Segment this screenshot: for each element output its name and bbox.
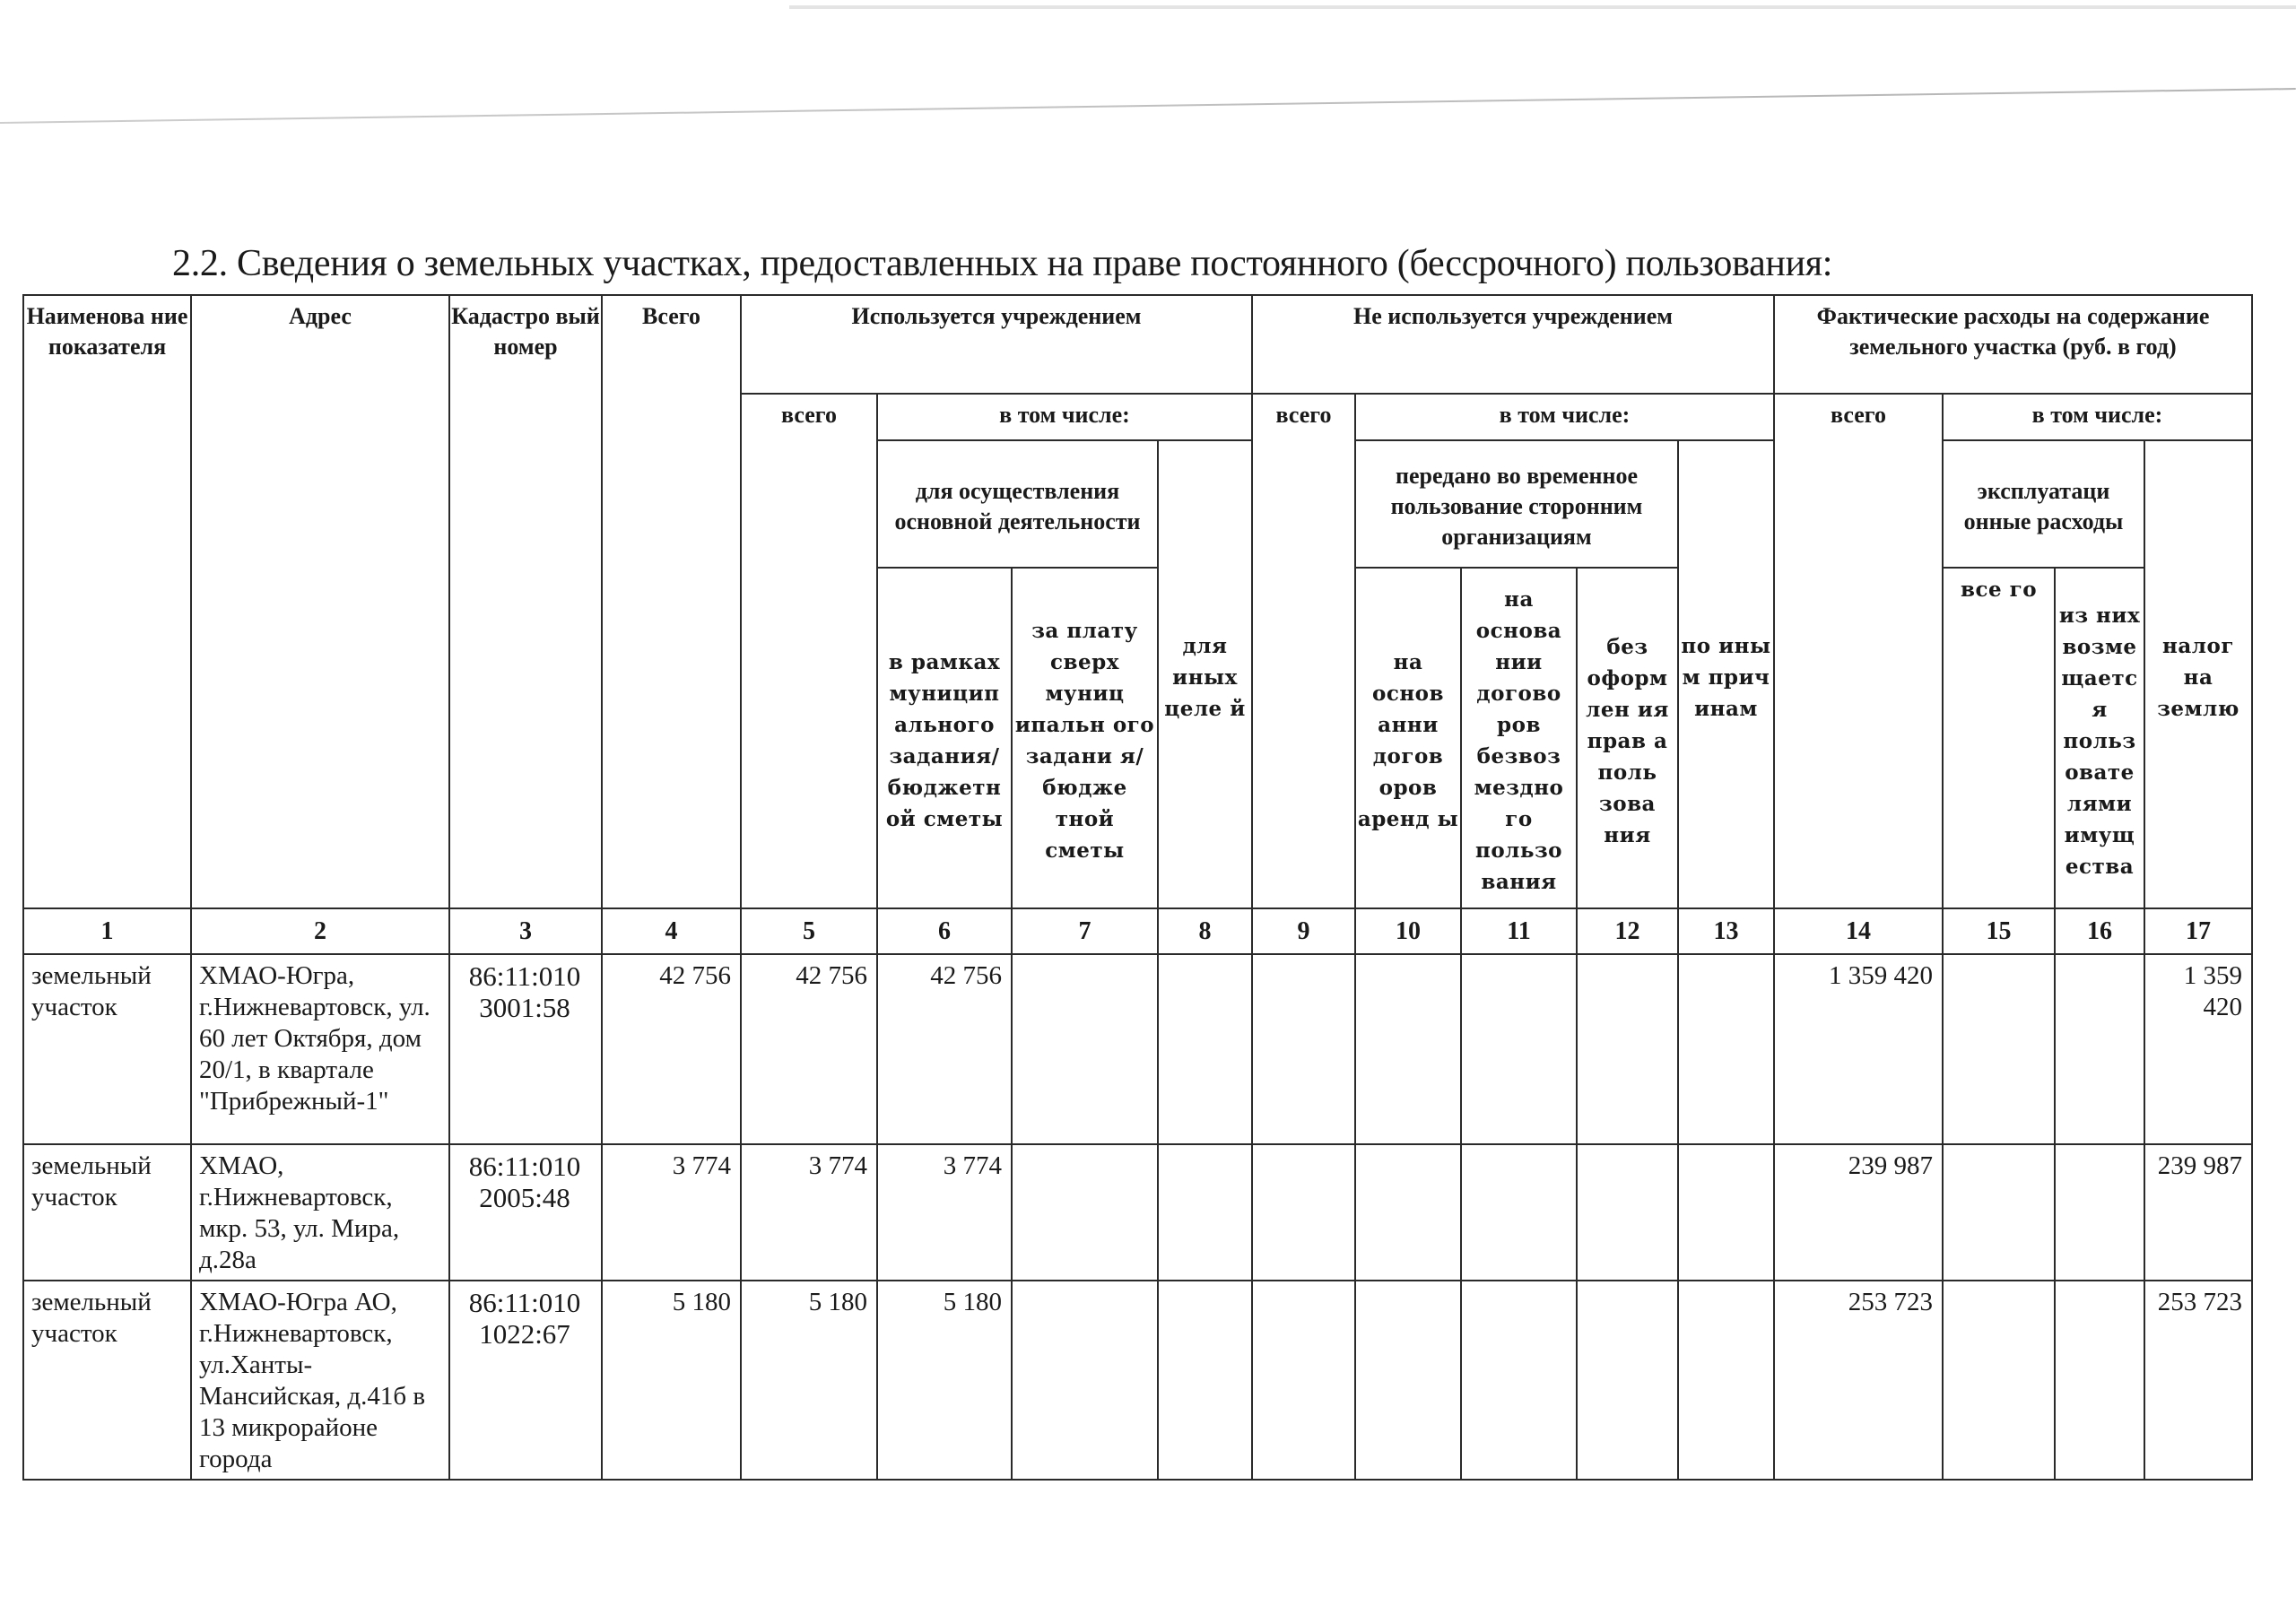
column-number: 6 <box>877 908 1012 954</box>
header-lease: на основ анни догов оров аренд ы <box>1355 568 1461 908</box>
cell-paid-above-task <box>1012 954 1158 1144</box>
cell-cadastral: 86:11:010 3001:58 <box>449 954 602 1144</box>
cell-op-total <box>1943 1144 2055 1281</box>
column-number: 4 <box>602 908 741 954</box>
cell-name: земельный участок <box>23 1144 191 1281</box>
cell-total: 42 756 <box>602 954 741 1144</box>
cell-op-reimbursed <box>2055 1144 2144 1281</box>
header-other-reasons: по ины м прич инам <box>1678 440 1774 908</box>
cell-total: 5 180 <box>602 1281 741 1480</box>
scan-artifact-top <box>789 5 2296 9</box>
scan-artifact-line <box>0 88 2296 124</box>
header-expenses-group: Фактические расходы на содержание земель… <box>1774 295 2252 394</box>
cell-lease <box>1355 1144 1461 1281</box>
land-plots-table: Наименова ние показателя Адрес Кадастро … <box>22 294 2253 1481</box>
header-land-tax: налог на землю <box>2144 440 2252 908</box>
cell-cadastral: 86:11:010 1022:67 <box>449 1281 602 1480</box>
cell-land-tax: 253 723 <box>2144 1281 2252 1480</box>
header-temp-transfer: передано во временное пользование сторон… <box>1355 440 1678 568</box>
header-total: Всего <box>602 295 741 908</box>
cell-lease <box>1355 954 1461 1144</box>
header-exp-incl: в том числе: <box>1943 394 2252 440</box>
column-number: 10 <box>1355 908 1461 954</box>
cell-name: земельный участок <box>23 1281 191 1480</box>
cell-other-reasons <box>1678 1144 1774 1281</box>
cell-used-total: 42 756 <box>741 954 877 1144</box>
cell-other-reasons <box>1678 954 1774 1144</box>
cell-total: 3 774 <box>602 1144 741 1281</box>
cell-exp-total: 253 723 <box>1774 1281 1943 1480</box>
column-number: 16 <box>2055 908 2144 954</box>
header-cadastral: Кадастро вый номер <box>449 295 602 908</box>
header-operational: эксплуатаци онные расходы <box>1943 440 2144 568</box>
cell-cadastral: 86:11:010 2005:48 <box>449 1144 602 1281</box>
header-not-used-group: Не используется учреждением <box>1252 295 1774 394</box>
header-name: Наименова ние показателя <box>23 295 191 908</box>
column-number-row: 1 2 3 4 5 6 7 8 9 10 11 12 13 14 15 16 1… <box>23 908 2252 954</box>
column-number: 5 <box>741 908 877 954</box>
header-op-reimbursed: из них возме щаетс я польз овате лями им… <box>2055 568 2144 908</box>
cell-lease <box>1355 1281 1461 1480</box>
cell-no-rights <box>1577 1281 1678 1480</box>
cell-other-purposes <box>1158 954 1252 1144</box>
header-not-used-total: всего <box>1252 394 1355 908</box>
cell-other-reasons <box>1678 1281 1774 1480</box>
header-exp-total: всего <box>1774 394 1943 908</box>
cell-op-reimbursed <box>2055 1281 2144 1480</box>
cell-used-total: 3 774 <box>741 1144 877 1281</box>
cell-within-task: 3 774 <box>877 1144 1012 1281</box>
cell-name: земельный участок <box>23 954 191 1144</box>
cell-op-total <box>1943 1281 2055 1480</box>
header-within-task: в рамках муницип ального задания/ бюджет… <box>877 568 1012 908</box>
column-number: 13 <box>1678 908 1774 954</box>
column-number: 15 <box>1943 908 2055 954</box>
cell-within-task: 5 180 <box>877 1281 1012 1480</box>
header-not-used-incl: в том числе: <box>1355 394 1774 440</box>
cell-paid-above-task <box>1012 1281 1158 1480</box>
cell-used-total: 5 180 <box>741 1281 877 1480</box>
column-number: 17 <box>2144 908 2252 954</box>
cell-not-used-total <box>1252 1281 1355 1480</box>
cell-free-use <box>1461 954 1577 1144</box>
column-number: 11 <box>1461 908 1577 954</box>
cell-other-purposes <box>1158 1281 1252 1480</box>
header-main-activity: для осуществления основной деятельности <box>877 440 1158 568</box>
header-op-total: все го <box>1943 568 2055 908</box>
table-row: земельный участок ХМАО-Югра АО, г.Нижнев… <box>23 1281 2252 1480</box>
column-number: 3 <box>449 908 602 954</box>
cell-exp-total: 1 359 420 <box>1774 954 1943 1144</box>
header-other-purposes: для иных целе й <box>1158 440 1252 908</box>
column-number: 14 <box>1774 908 1943 954</box>
header-used-total: всего <box>741 394 877 908</box>
table-row: земельный участок ХМАО-Югра, г.Нижневарт… <box>23 954 2252 1144</box>
cell-not-used-total <box>1252 1144 1355 1281</box>
cell-land-tax: 239 987 <box>2144 1144 2252 1281</box>
header-address: Адрес <box>191 295 449 908</box>
header-free-use: на основа нии догово ров безвоз мездно г… <box>1461 568 1577 908</box>
column-number: 12 <box>1577 908 1678 954</box>
column-number: 2 <box>191 908 449 954</box>
column-number: 8 <box>1158 908 1252 954</box>
cell-op-total <box>1943 954 2055 1144</box>
header-used-incl: в том числе: <box>877 394 1252 440</box>
column-number: 1 <box>23 908 191 954</box>
cell-address: ХМАО-Югра АО, г.Нижневартовск, ул.Ханты-… <box>191 1281 449 1480</box>
section-title: 2.2. Сведения о земельных участках, пред… <box>172 242 1832 285</box>
header-used-group: Используется учреждением <box>741 295 1252 394</box>
column-number: 9 <box>1252 908 1355 954</box>
table-row: земельный участок ХМАО, г.Нижневартовск,… <box>23 1144 2252 1281</box>
cell-op-reimbursed <box>2055 954 2144 1144</box>
cell-free-use <box>1461 1144 1577 1281</box>
cell-no-rights <box>1577 954 1678 1144</box>
cell-other-purposes <box>1158 1144 1252 1281</box>
column-number: 7 <box>1012 908 1158 954</box>
cell-address: ХМАО-Югра, г.Нижневартовск, ул. 60 лет О… <box>191 954 449 1144</box>
cell-no-rights <box>1577 1144 1678 1281</box>
cell-free-use <box>1461 1281 1577 1480</box>
cell-address: ХМАО, г.Нижневартовск, мкр. 53, ул. Мира… <box>191 1144 449 1281</box>
cell-exp-total: 239 987 <box>1774 1144 1943 1281</box>
header-row-1: Наименова ние показателя Адрес Кадастро … <box>23 295 2252 394</box>
cell-not-used-total <box>1252 954 1355 1144</box>
header-paid-above-task: за плату сверх муниц ипальн ого задани я… <box>1012 568 1158 908</box>
cell-land-tax: 1 359 420 <box>2144 954 2252 1144</box>
header-no-rights: без оформ лен ия прав а поль зова ния <box>1577 568 1678 908</box>
cell-within-task: 42 756 <box>877 954 1012 1144</box>
cell-paid-above-task <box>1012 1144 1158 1281</box>
